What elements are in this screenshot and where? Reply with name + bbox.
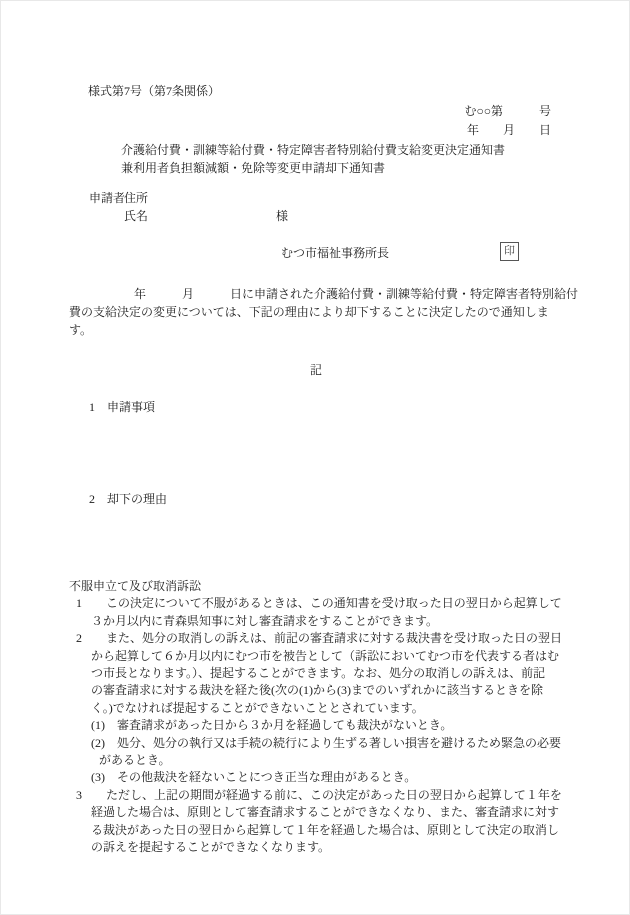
document-title-line1: 介護給付費・訓練等給付費・特定障害者特別給付費支給変更決定通知書 [121,143,505,158]
appeal-line-6: の審査請求に対する裁決を経た後(次の(1)から(3)までのいずれかに該当するとき… [69,682,562,699]
body-line-1: 年 月 日に申請された介護給付費・訓練等給付費・特定障害者特別給付 [69,285,578,303]
appeal-line-14: る裁決があった日の翌日から起算して１年を経過した場合は、原則として決定の取消し [69,822,562,839]
body-line-3: す。 [69,321,578,339]
document-page: 様式第7号（第7条関係） む○○第 号 年 月 日 介護給付費・訓練等給付費・特… [0,0,630,915]
address-label: 住所 [124,191,148,206]
record-marker: 記 [1,363,630,378]
document-title-line2: 兼利用者負担額減額・免除等変更申請却下通知書 [121,161,385,176]
appeal-line-1: 1 この決定について不服があるときは、この通知書を受け取った日の翌日から起算して [69,595,562,612]
item-1-heading: 1 申請事項 [89,400,155,415]
appeal-section: 不服申立て及び取消訴訟 1 この決定について不服があるときは、この通知書を受け取… [69,578,562,857]
appeal-line-9: (2) 処分、処分の執行又は手続の続行により生ずる著しい損害を避けるため緊急の必… [69,735,562,752]
name-label: 氏名 [124,209,148,224]
form-number: 様式第7号（第7条関係） [88,84,220,99]
appeal-line-15: の訴えを提起することができなくなります。 [69,839,562,856]
body-line-2: 費の支給決定の変更については、下記の理由により却下することに決定したので通知しま [69,303,578,321]
body-paragraph: 年 月 日に申請された介護給付費・訓練等給付費・特定障害者特別給付 費の支給決定… [69,285,578,339]
appeal-line-4: から起算して６か月以内にむつ市を被告として（訴訟においてむつ市を代表する者はむ [69,648,562,665]
appeal-line-11: (3) その他裁決を経ないことにつき正当な理由があるとき。 [69,769,562,786]
appeal-line-2: ３か月以内に青森県知事に対し審査請求をすることができます。 [69,613,562,630]
appeal-line-3: 2 また、処分の取消しの訴えは、前記の審査請求に対する裁決書を受け取った日の翌日 [69,630,562,647]
issuer-title: むつ市福祉事務所長 [281,246,389,261]
appeal-line-12: 3 ただし、上記の期間が経過する前に、この決定があった日の翌日から起算して１年を [69,787,562,804]
honorific-label: 様 [276,209,288,224]
document-number-line: む○○第 号 [465,104,552,119]
appeal-line-13: 経過した場合は、原則として審査請求することができなくなり、また、審査請求に対す [69,804,562,821]
applicant-label: 申請者 [89,191,125,206]
seal-stamp: 印 [500,242,519,261]
appeal-line-5: つ市長となります。）、提起することができます。なお、処分の取消しの訴えは、前記 [69,665,562,682]
header-date-line: 年 月 日 [467,123,551,138]
appeal-lines: 1 この決定について不服があるときは、この通知書を受け取った日の翌日から起算して… [69,595,562,856]
appeal-line-10: があるとき。 [69,752,562,769]
appeal-line-8: (1) 審査請求があった日から３か月を経過しても裁決がないとき。 [69,717,562,734]
appeal-heading: 不服申立て及び取消訴訟 [69,578,562,595]
appeal-line-7: く。)でなければ提起することができないこととされています。 [69,700,562,717]
item-2-heading: 2 却下の理由 [89,492,167,507]
